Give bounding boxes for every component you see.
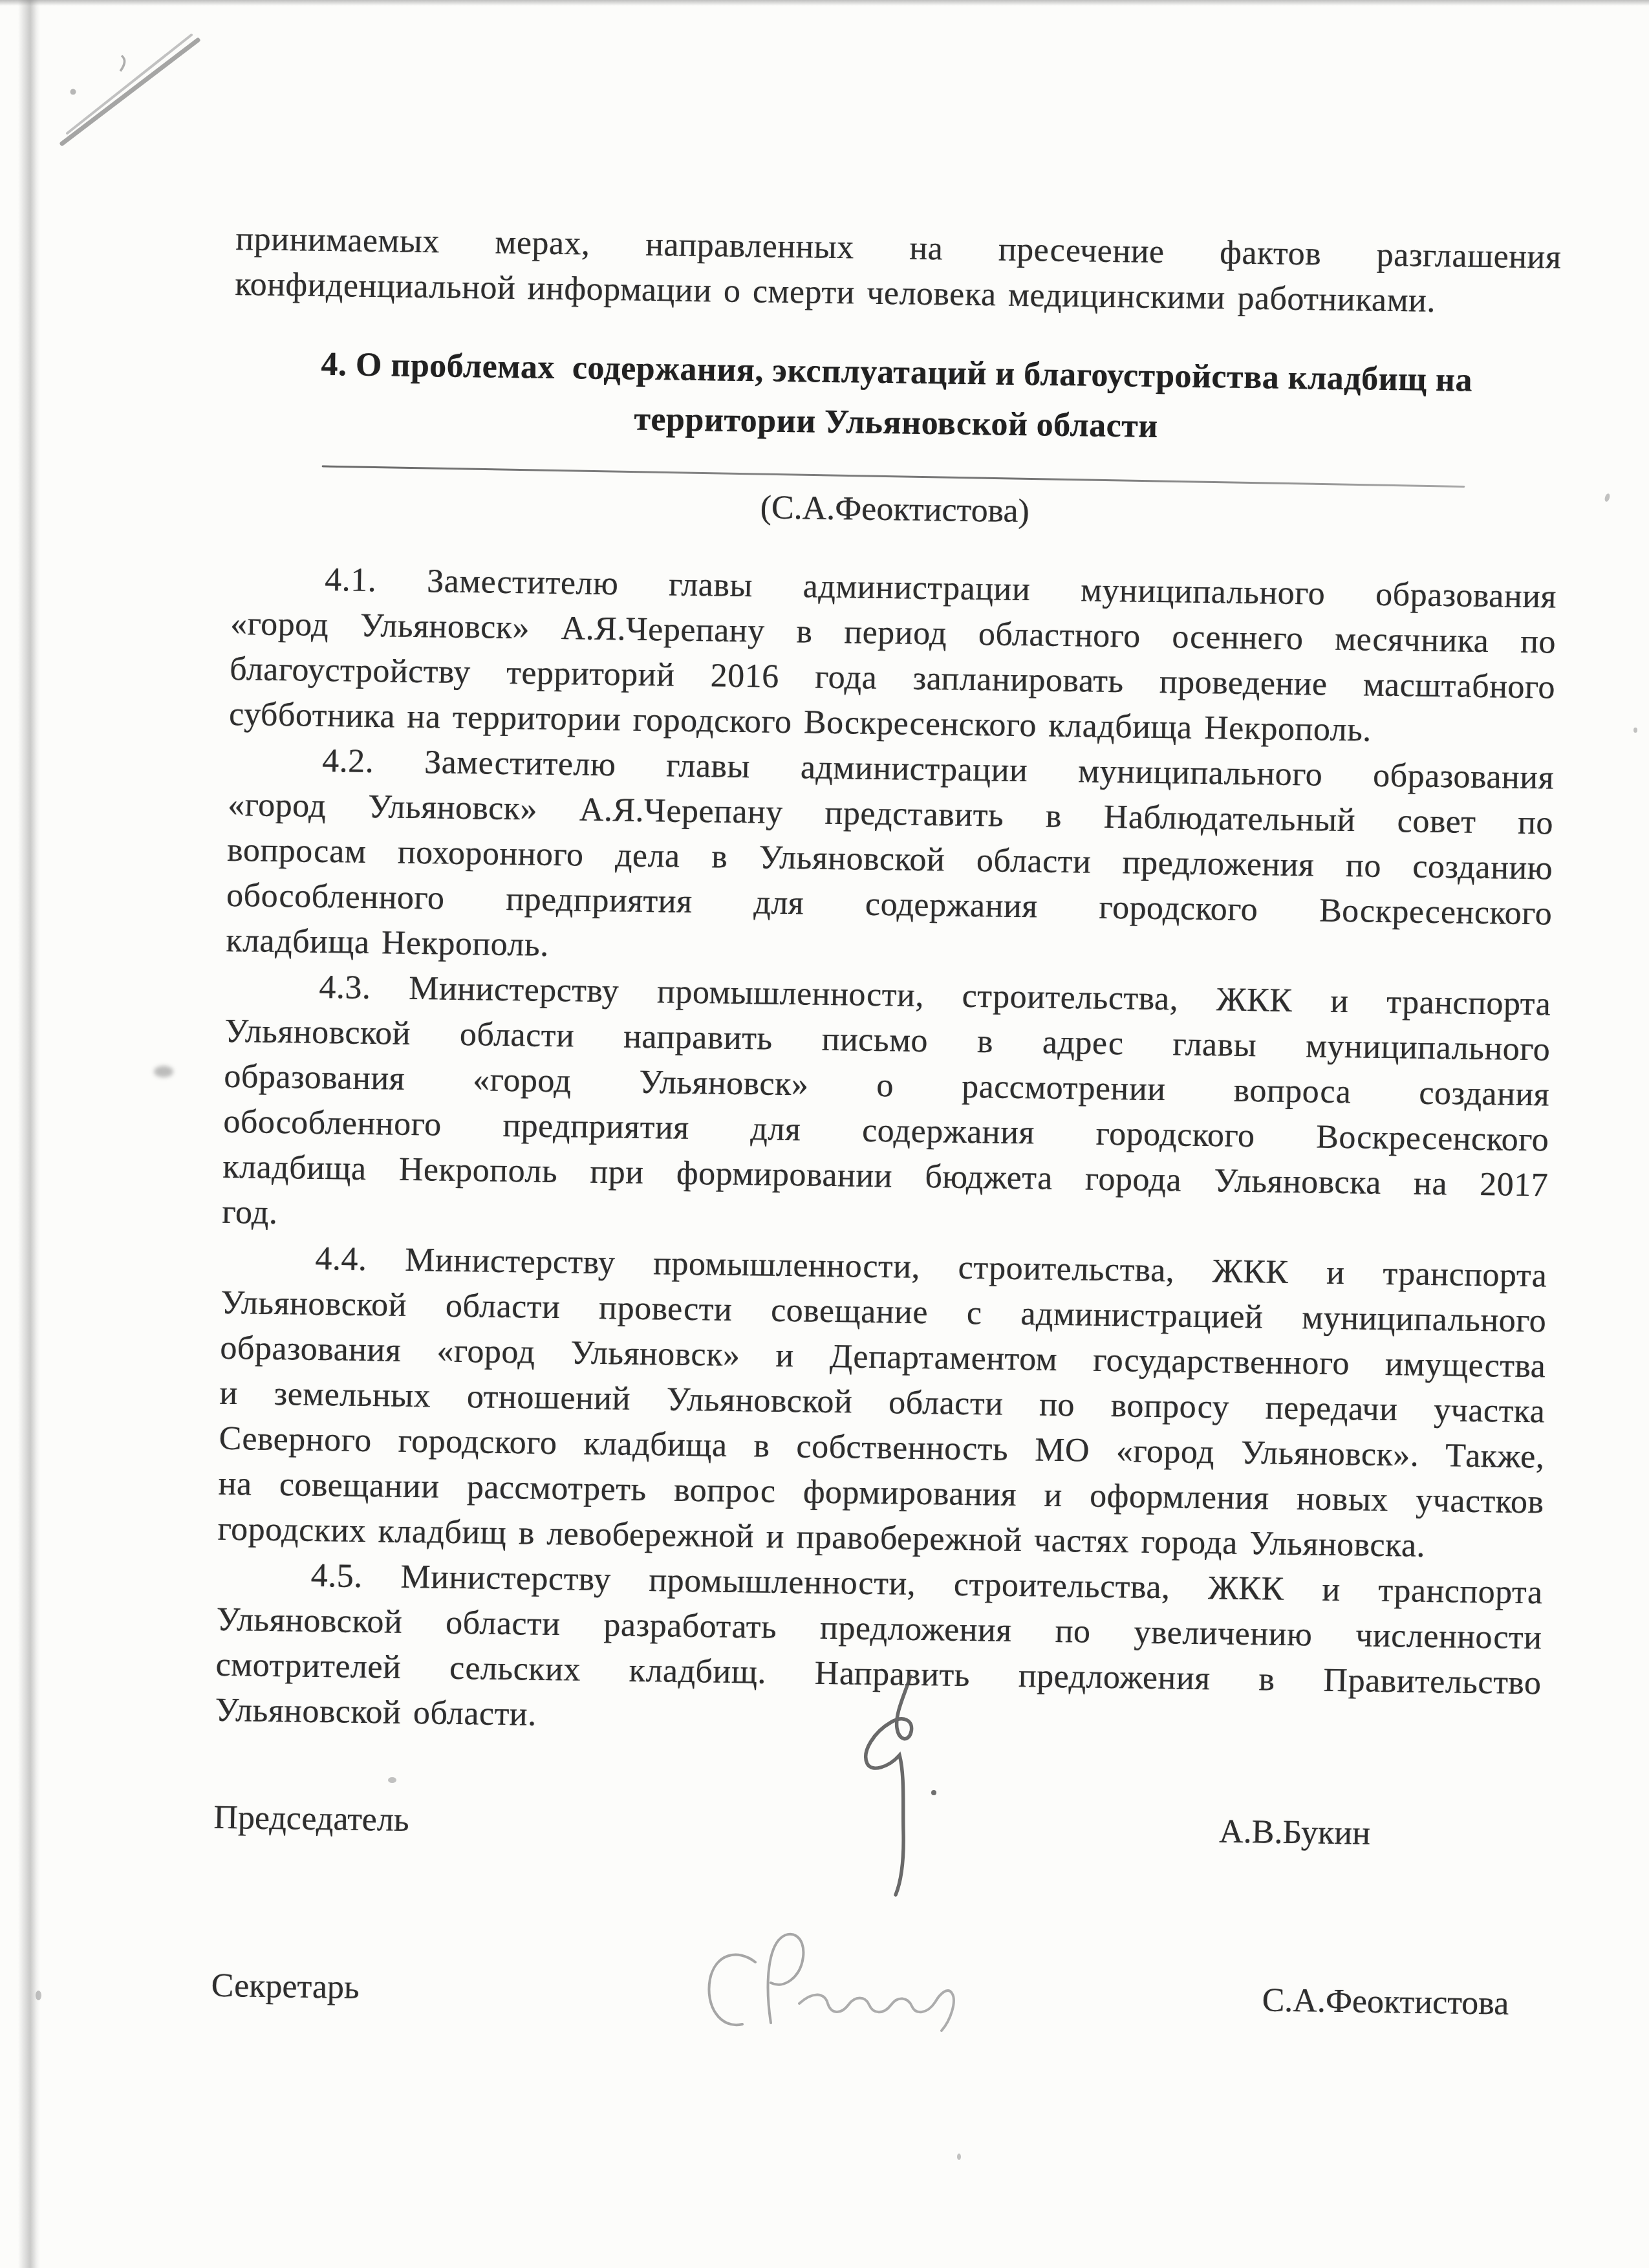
- scan-edge-shadow-left: [18, 0, 40, 2268]
- resolution-paragraph-4.3: 4.3. Министерству промышленности, строит…: [222, 964, 1551, 1254]
- chairman-signature-row: Председатель А.В.Букин: [213, 1798, 1540, 1857]
- secretary-role-label: Секретарь: [211, 1967, 360, 2006]
- scan-smudge: [154, 1066, 173, 1077]
- resolution-paragraph-4.4: 4.4. Министерству промышленности, строит…: [217, 1235, 1547, 1571]
- chairman-name: А.В.Букин: [1219, 1811, 1371, 1853]
- resolution-paragraph-4.5: 4.5. Министерству промышленности, строит…: [215, 1552, 1543, 1752]
- scan-speck: [36, 1991, 41, 2000]
- resolutions-list: 4.1. Заместителю главы администрации мун…: [215, 556, 1557, 1751]
- intro-paragraph: принимаемых мерах, направленных на пресе…: [235, 217, 1562, 326]
- scan-speck: [1633, 728, 1637, 733]
- scan-speck: [388, 1777, 396, 1783]
- scan-speck: [957, 2154, 961, 2160]
- scan-edge-shadow-top: [0, 0, 1649, 6]
- scanned-page: принимаемых мерах, направленных на пресе…: [0, 0, 1649, 2268]
- resolution-paragraph-4.1: 4.1. Заместителю главы администрации мун…: [229, 556, 1557, 756]
- attribution-name: (С.А.Феоктистова): [232, 478, 1558, 542]
- secretary-signature-row: Секретарь С.А.Феоктистова: [211, 1966, 1537, 2025]
- scan-speck: [1604, 493, 1611, 502]
- secretary-name: С.А.Феоктистова: [1262, 1980, 1509, 2024]
- section-heading: 4. О проблемах содержания, эксплуатаций …: [233, 338, 1560, 458]
- resolution-paragraph-4.2: 4.2. Заместителю главы администрации мун…: [226, 737, 1555, 982]
- document-body: принимаемых мерах, направленных на пресе…: [208, 217, 1562, 2240]
- chairman-role-label: Председатель: [213, 1799, 409, 1839]
